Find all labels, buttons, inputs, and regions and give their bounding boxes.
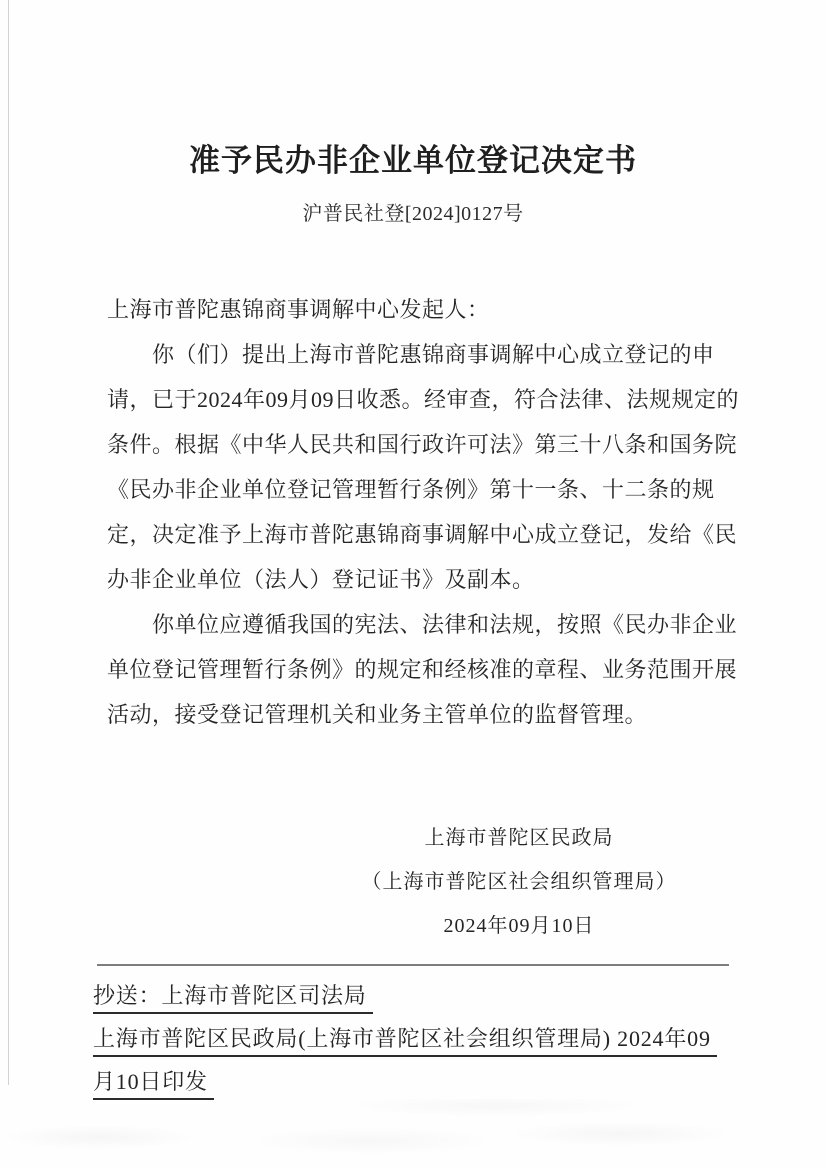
footer-divider bbox=[97, 964, 729, 966]
signature-block: 上海市普陀区民政局 （上海市普陀区社会组织管理局） 2024年09月10日 bbox=[288, 816, 750, 948]
body-line: 你单位应遵循我国的宪法、法律和法规，按照《民办非企业 bbox=[107, 602, 751, 647]
document-number: 沪普民社登[2024]0127号 bbox=[0, 199, 826, 229]
document-footer: 抄送：上海市普陀区司法局 上海市普陀区民政局(上海市普陀区社会组织管理局) 20… bbox=[93, 974, 773, 1103]
scanned-document-page: 准予民办非企业单位登记决定书 沪普民社登[2024]0127号 上海市普陀惠锦商… bbox=[0, 0, 826, 1169]
body-line: 请，已于2024年09月09日收悉。经审查，符合法律、法规规定的 bbox=[107, 377, 751, 422]
body-line: 《民办非企业单位登记管理暂行条例》第十一条、十二条的规 bbox=[107, 467, 751, 512]
issuer-line-text: 上海市普陀区民政局(上海市普陀区社会组织管理局) 2024年09 bbox=[93, 1026, 717, 1057]
body-line: 定，决定准予上海市普陀惠锦商事调解中心成立登记，发给《民 bbox=[107, 512, 751, 557]
signature-date: 2024年09月10日 bbox=[288, 904, 750, 948]
issuer-line-continued: 月10日印发 bbox=[93, 1060, 773, 1103]
issuer-line-continued-text: 月10日印发 bbox=[93, 1069, 214, 1100]
salutation-line: 上海市普陀惠锦商事调解中心发起人： bbox=[107, 287, 751, 332]
body-line: 条件。根据《中华人民共和国行政许可法》第三十八条和国务院 bbox=[107, 422, 751, 467]
body-line: 单位登记管理暂行条例》的规定和经核准的章程、业务范围开展 bbox=[107, 647, 751, 692]
issuer-line: 上海市普陀区民政局(上海市普陀区社会组织管理局) 2024年09 bbox=[93, 1017, 773, 1060]
body-line: 活动，接受登记管理机关和业务主管单位的监督管理。 bbox=[107, 692, 751, 737]
body-line: 你（们）提出上海市普陀惠锦商事调解中心成立登记的申 bbox=[107, 332, 751, 377]
body-line: 办非企业单位（法人）登记证书》及副本。 bbox=[107, 557, 751, 602]
document-title: 准予民办非企业单位登记决定书 bbox=[0, 140, 826, 182]
signature-org: 上海市普陀区民政局 bbox=[288, 816, 750, 860]
document-body: 上海市普陀惠锦商事调解中心发起人： 你（们）提出上海市普陀惠锦商事调解中心成立登… bbox=[107, 287, 751, 737]
scan-artifact-bottom-noise bbox=[0, 1099, 826, 1169]
cc-line: 抄送：上海市普陀区司法局 bbox=[93, 974, 773, 1017]
cc-line-text: 抄送：上海市普陀区司法局 bbox=[93, 983, 373, 1014]
signature-org-alt: （上海市普陀区社会组织管理局） bbox=[288, 860, 750, 904]
